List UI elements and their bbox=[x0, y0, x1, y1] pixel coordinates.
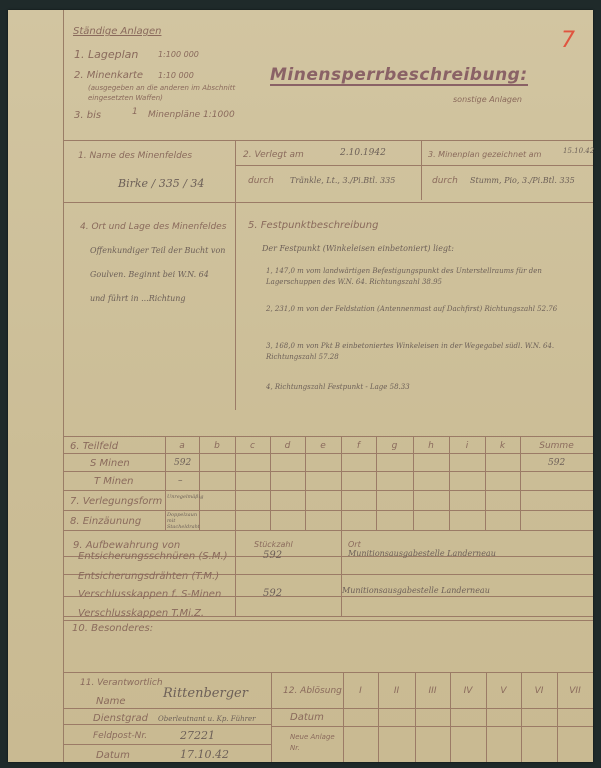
other-attachments: sonstige Anlagen bbox=[453, 95, 522, 104]
header-item-3-suffix: Minenpläne 1:1000 bbox=[148, 110, 235, 120]
field1-label: 1. Name des Minenfeldes bbox=[78, 151, 192, 161]
field10-label: 10. Besonderes: bbox=[72, 623, 153, 634]
row-t-minen-label: T Minen bbox=[94, 476, 134, 487]
divider bbox=[235, 165, 593, 166]
col-a: a bbox=[165, 441, 199, 451]
divider bbox=[271, 726, 593, 727]
divider bbox=[271, 672, 272, 762]
ablosung-col-4: IV bbox=[450, 686, 486, 696]
field2-label: 2. Verlegt am bbox=[243, 150, 304, 160]
fieldpost-label: Feldpost-Nr. bbox=[93, 731, 147, 741]
signature[interactable]: Rittenberger bbox=[163, 686, 248, 701]
table9-place-header: Ort bbox=[348, 540, 361, 549]
divider bbox=[235, 436, 236, 616]
col-h: h bbox=[413, 441, 449, 451]
col-k: k bbox=[485, 441, 520, 451]
field5-item-2[interactable]: 2, 231,0 m von der Feldstation (Antennen… bbox=[266, 304, 586, 315]
divider bbox=[63, 620, 593, 621]
divider bbox=[63, 453, 593, 454]
divider bbox=[63, 672, 593, 673]
document-title: Minensperrbeschreibung: bbox=[270, 66, 528, 86]
field3-by[interactable]: Stumm, Pio, 3./Pi.Btl. 335 bbox=[470, 176, 575, 185]
col-g: g bbox=[376, 441, 413, 451]
field2-by-label: durch bbox=[248, 176, 274, 186]
rank-value[interactable]: Oberleutnant u. Kp. Führer bbox=[158, 715, 255, 723]
ablosung-date-label: Datum bbox=[290, 712, 324, 723]
margin-line bbox=[63, 10, 64, 762]
field5-intro[interactable]: Der Festpunkt (Winkeleisen einbetoniert)… bbox=[262, 244, 454, 253]
rank-label: Dienstgrad bbox=[93, 713, 148, 724]
row-einzaeunung-label: 8. Einzäunung bbox=[70, 516, 141, 527]
field4-line-3[interactable]: und führt in ...Richtung bbox=[90, 294, 186, 303]
verlegungsform-a[interactable]: Unregelmäßig bbox=[167, 494, 199, 500]
ablosung-col-7: VII bbox=[557, 686, 593, 696]
field4-label: 4. Ort und Lage des Minenfeldes bbox=[80, 222, 226, 232]
name-label: Name bbox=[96, 696, 126, 707]
ablosung-new-label: Neue Anlage Nr. bbox=[290, 732, 335, 754]
fieldpost-value[interactable]: 27221 bbox=[180, 729, 215, 742]
table9-row-3-count[interactable]: 592 bbox=[263, 588, 282, 599]
einzaeunung-a[interactable]: Doppelzaun mit Stacheldraht bbox=[167, 512, 199, 530]
ablosung-col-1: I bbox=[343, 686, 378, 696]
field12-label: 12. Ablösung bbox=[283, 686, 342, 696]
col-b: b bbox=[199, 441, 235, 451]
header-item-2-label: 2. Minenkarte bbox=[74, 70, 143, 81]
divider bbox=[63, 490, 593, 491]
header-item-3-value: 1 bbox=[132, 107, 138, 117]
field5-item-1[interactable]: 1, 147,0 m vom landwärtigen Befestigungs… bbox=[266, 266, 586, 288]
table9-count-header: Stückzahl bbox=[254, 540, 293, 549]
ablosung-col-2: II bbox=[378, 686, 415, 696]
ablosung-col-6: VI bbox=[521, 686, 557, 696]
s-minen-summe[interactable]: 592 bbox=[548, 458, 565, 468]
divider bbox=[235, 140, 236, 410]
field2-date[interactable]: 2.10.1942 bbox=[340, 148, 386, 158]
col-f: f bbox=[341, 441, 376, 451]
ablosung-col-3: III bbox=[415, 686, 450, 696]
col-i: i bbox=[449, 441, 485, 451]
field5-item-3[interactable]: 3, 168,0 m von Pkt B einbetoniertes Wink… bbox=[266, 341, 586, 363]
table9-label: 9. Aufbewahrung von bbox=[73, 540, 180, 551]
field5-item-4[interactable]: 4, Richtungszahl Festpunkt - Lage 58.33 bbox=[266, 383, 410, 391]
field3-date[interactable]: 15.10.42 bbox=[563, 147, 594, 155]
divider bbox=[63, 708, 593, 709]
table9-row-4-label: Verschlusskappen T.Mi.Z. bbox=[78, 608, 204, 619]
col-d: d bbox=[270, 441, 305, 451]
field5-label: 5. Festpunktbeschreibung bbox=[248, 220, 378, 231]
page-number: 7 bbox=[561, 28, 575, 53]
divider bbox=[63, 436, 593, 437]
date-value[interactable]: 17.10.42 bbox=[180, 748, 229, 761]
table9-row-3-place[interactable]: Munitionsausgabestelle Landerneau bbox=[342, 586, 490, 595]
table9-row-1-count[interactable]: 592 bbox=[263, 550, 282, 561]
field3-label: 3. Minenplan gezeichnet am bbox=[428, 150, 541, 159]
field3-by-label: durch bbox=[432, 176, 458, 186]
ablosung-col-5: V bbox=[486, 686, 521, 696]
table9-row-1-label: Entsicherungsschnüren (S.M.) bbox=[78, 551, 228, 562]
divider bbox=[421, 140, 422, 200]
col-c: c bbox=[235, 441, 270, 451]
divider bbox=[63, 202, 593, 203]
col-e: e bbox=[305, 441, 341, 451]
header-section-title: Ständige Anlagen bbox=[73, 26, 161, 37]
document-page: 7 Ständige Anlagen 1. Lageplan 1:100 000… bbox=[8, 10, 593, 762]
table6-row-header: 6. Teilfeld bbox=[70, 441, 118, 452]
s-minen-a[interactable]: 592 bbox=[174, 458, 191, 468]
t-minen-a[interactable]: – bbox=[178, 476, 183, 486]
date-label: Datum bbox=[96, 750, 130, 761]
divider bbox=[63, 140, 593, 141]
header-item-2-note: (ausgegeben an die anderen im Abschnitt … bbox=[88, 83, 248, 103]
header-item-3-label: 3. bis bbox=[74, 110, 101, 121]
table9-row-2-label: Entsicherungsdrähten (T.M.) bbox=[78, 571, 219, 582]
divider bbox=[63, 510, 593, 511]
divider bbox=[63, 744, 271, 745]
row-verlegungsform-label: 7. Verlegungsform bbox=[70, 496, 162, 507]
field4-line-1[interactable]: Offenkundiger Teil der Bucht von bbox=[90, 246, 225, 255]
divider bbox=[63, 724, 271, 725]
field11-label: 11. Verantwortlich bbox=[80, 678, 163, 688]
header-item-1-label: 1. Lageplan bbox=[74, 48, 138, 61]
field2-by[interactable]: Tränkle, Lt., 3./Pi.Btl. 335 bbox=[290, 176, 395, 185]
field1-value[interactable]: Birke / 335 / 34 bbox=[118, 177, 204, 190]
field4-line-2[interactable]: Goulven. Beginnt bei W.N. 64 bbox=[90, 270, 209, 279]
header-item-2-value: 1:10 000 bbox=[158, 71, 194, 80]
header-item-1-value: 1:100 000 bbox=[158, 50, 199, 59]
divider bbox=[63, 530, 593, 531]
table9-row-3-label: Verschlusskappen f. S-Minen bbox=[78, 589, 221, 600]
table9-row-1-place[interactable]: Munitionsausgabestelle Landerneau bbox=[348, 549, 496, 558]
divider bbox=[63, 471, 593, 472]
col-summe: Summe bbox=[520, 441, 593, 451]
row-s-minen-label: S Minen bbox=[90, 458, 130, 469]
